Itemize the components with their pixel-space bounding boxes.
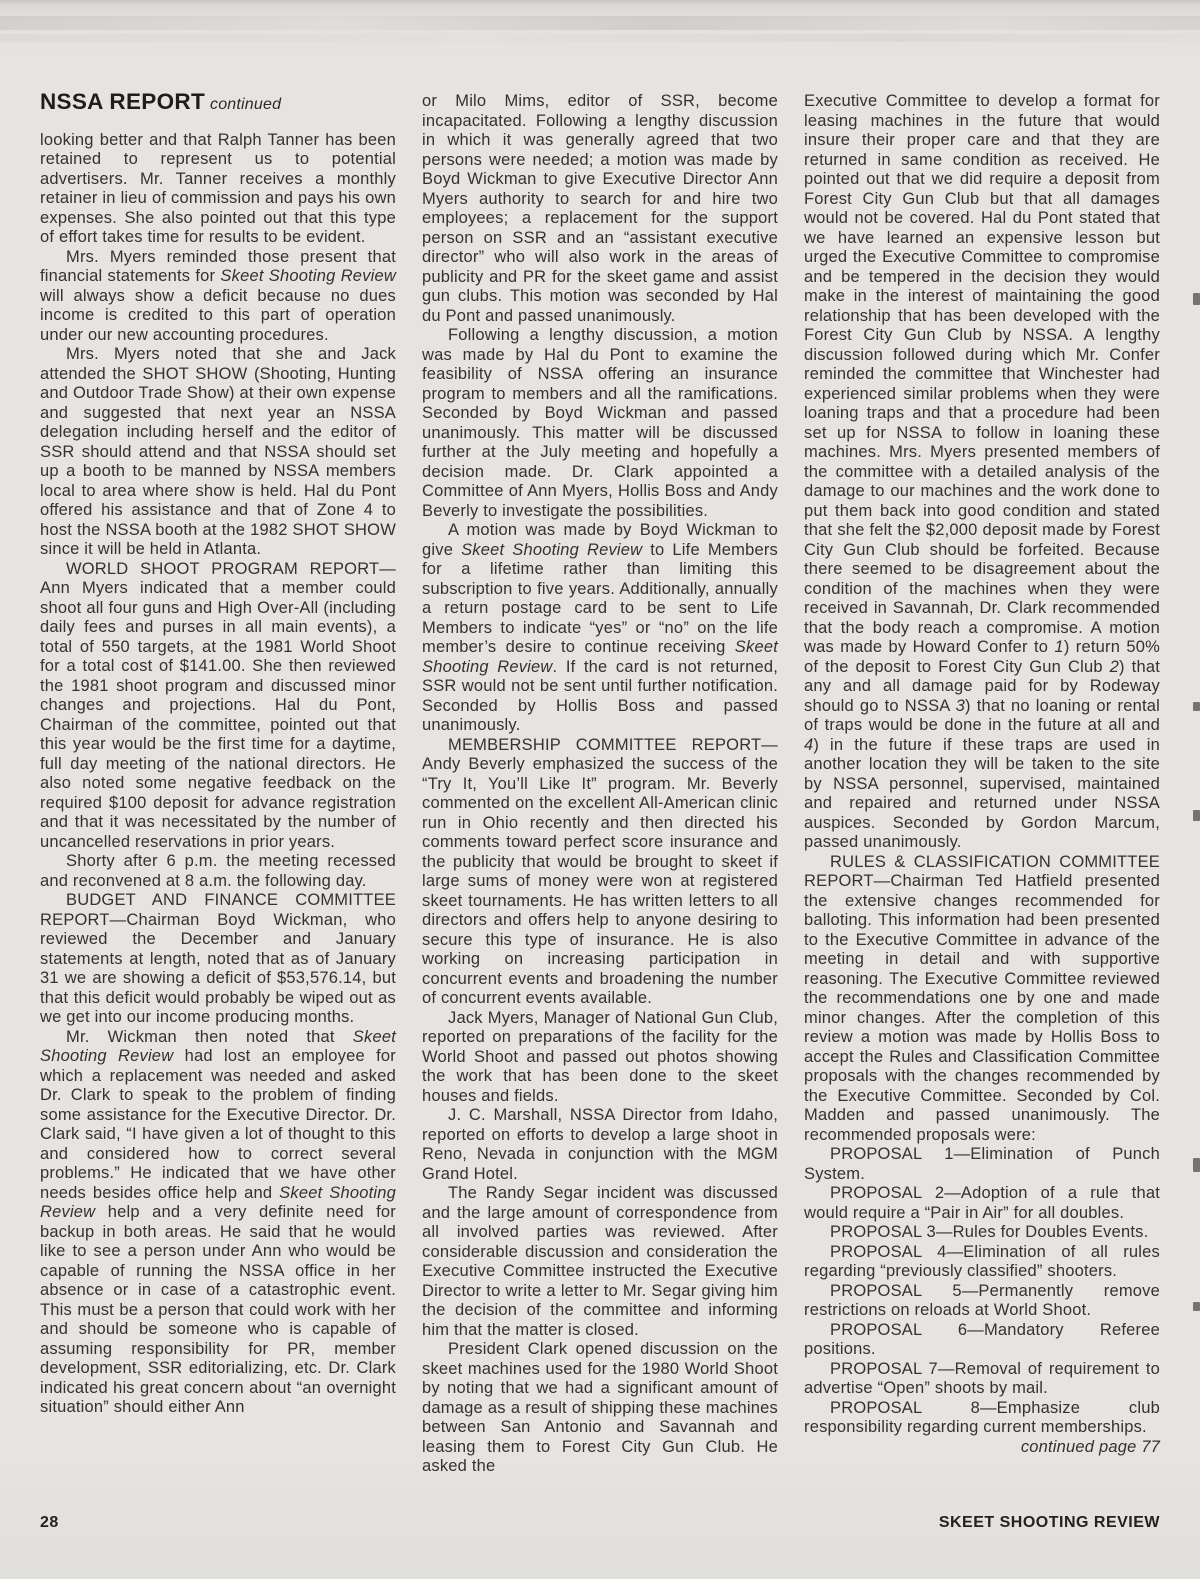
scan-mark [1193, 702, 1200, 711]
text-run: will always show a deficit because no du… [40, 287, 396, 344]
paragraph: A motion was made by Boyd Wickman to giv… [422, 521, 778, 736]
text-run: ) in the future if these traps are used … [804, 736, 1160, 852]
article-title-continued: continued [210, 96, 281, 113]
text-run: or Milo Mims, editor of SSR, become inca… [422, 92, 778, 325]
paragraph: Mrs. Myers noted that she and Jack atten… [40, 345, 396, 560]
italic-text-run: 3 [956, 697, 965, 715]
scan-mark [1193, 810, 1200, 821]
article-body: NSSA REPORTcontinued looking better and … [40, 92, 1160, 1477]
text-run: PROPOSAL 8—Emphasize club responsibility… [804, 1399, 1160, 1437]
column-3: Executive Committee to develop a format … [804, 92, 1160, 1477]
text-run: The Randy Segar incident was discussed a… [422, 1184, 778, 1339]
continued-note: continued page 77 [804, 1438, 1160, 1458]
text-run: Jack Myers, Manager of National Gun Club… [422, 1009, 778, 1105]
paragraph: PROPOSAL 2—Adoption of a rule that would… [804, 1184, 1160, 1223]
paragraph: WORLD SHOOT PROGRAM REPORT—Ann Myers ind… [40, 560, 396, 853]
scan-mark [1193, 1158, 1200, 1172]
italic-text-run: Skeet Shooting Review [461, 541, 642, 559]
text-run: PROPOSAL 1—Elimination of Punch System. [804, 1145, 1160, 1183]
paragraph: PROPOSAL 4—Elimination of all rules rega… [804, 1243, 1160, 1282]
text-run: had lost an employee for which a replace… [40, 1047, 396, 1202]
text-run: PROPOSAL 6—Mandatory Referee positions. [804, 1321, 1160, 1359]
paragraph: Shorty after 6 p.m. the meeting recessed… [40, 852, 396, 891]
paragraph: PROPOSAL 3—Rules for Doubles Events. [804, 1223, 1160, 1243]
text-run: RULES & CLASSIFICATION COMMITTEE REPORT—… [804, 853, 1160, 1144]
paragraph: RULES & CLASSIFICATION COMMITTEE REPORT—… [804, 853, 1160, 1146]
page-footer: 28 SKEET SHOOTING REVIEW [40, 1514, 1160, 1532]
page-number: 28 [40, 1514, 59, 1532]
paragraph: Jack Myers, Manager of National Gun Club… [422, 1009, 778, 1107]
paragraph: PROPOSAL 8—Emphasize club responsibility… [804, 1399, 1160, 1438]
paragraph: Mrs. Myers reminded those present that f… [40, 248, 396, 346]
paragraph: BUDGET AND FINANCE COMMITTEE REPORT—Chai… [40, 891, 396, 1028]
text-run: Mrs. Myers noted that she and Jack atten… [40, 345, 396, 558]
paragraph: Following a lengthy discussion, a motion… [422, 326, 778, 521]
text-run: WORLD SHOOT PROGRAM REPORT—Ann Myers ind… [40, 560, 396, 851]
text-run: Shorty after 6 p.m. the meeting recessed… [40, 852, 396, 890]
paragraph: looking better and that Ralph Tanner has… [40, 131, 396, 248]
scan-edge-shadow [0, 16, 1200, 30]
text-run: J. C. Marshall, NSSA Director from Idaho… [422, 1106, 778, 1183]
paragraph: MEMBERSHIP COMMITTEE REPORT—Andy Beverly… [422, 736, 778, 1009]
column-1: NSSA REPORTcontinued looking better and … [40, 92, 396, 1477]
scan-mark [1193, 293, 1200, 305]
page: NSSA REPORTcontinued looking better and … [0, 0, 1200, 1579]
text-run: President Clark opened discussion on the… [422, 1340, 778, 1475]
text-run: Executive Committee to develop a format … [804, 92, 1160, 656]
paragraph: PROPOSAL 6—Mandatory Referee positions. [804, 1321, 1160, 1360]
italic-text-run: 2 [1110, 658, 1119, 676]
magazine-page: { "colors": { "paper": "#e5e3e0", "ink":… [0, 0, 1200, 1579]
paragraph: President Clark opened discussion on the… [422, 1340, 778, 1477]
text-run: MEMBERSHIP COMMITTEE REPORT—Andy Beverly… [422, 736, 778, 1008]
paragraph: The Randy Segar incident was discussed a… [422, 1184, 778, 1340]
text-run: PROPOSAL 7—Removal of requirement to adv… [804, 1360, 1160, 1398]
magazine-title: SKEET SHOOTING REVIEW [939, 1514, 1160, 1532]
column-2: or Milo Mims, editor of SSR, become inca… [422, 92, 778, 1477]
text-run: Mr. Wickman then noted that [66, 1028, 353, 1046]
paragraph: Mr. Wickman then noted that Skeet Shooti… [40, 1028, 396, 1418]
text-run: BUDGET AND FINANCE COMMITTEE REPORT—Chai… [40, 891, 396, 1026]
scan-edge-shadow-2 [0, 34, 1200, 42]
italic-text-run: 4 [804, 736, 813, 754]
scan-mark [1193, 1302, 1200, 1311]
article-title-text: NSSA REPORT [40, 89, 205, 114]
text-run: PROPOSAL 3—Rules for Doubles Events. [830, 1223, 1148, 1241]
text-run: PROPOSAL 4—Elimination of all rules rega… [804, 1243, 1160, 1281]
paragraph: or Milo Mims, editor of SSR, become inca… [422, 92, 778, 326]
text-run: PROPOSAL 2—Adoption of a rule that would… [804, 1184, 1160, 1222]
text-run: Following a lengthy discussion, a motion… [422, 326, 778, 520]
paragraph: PROPOSAL 5—Permanently remove restrictio… [804, 1282, 1160, 1321]
paragraph: J. C. Marshall, NSSA Director from Idaho… [422, 1106, 778, 1184]
text-run: PROPOSAL 5—Permanently remove restrictio… [804, 1282, 1160, 1320]
italic-text-run: 1 [1054, 638, 1063, 656]
paragraph: PROPOSAL 7—Removal of requirement to adv… [804, 1360, 1160, 1399]
paragraph: PROPOSAL 1—Elimination of Punch System. [804, 1145, 1160, 1184]
text-run: looking better and that Ralph Tanner has… [40, 131, 396, 247]
text-run: help and a very definite need for backup… [40, 1203, 396, 1416]
text-run: continued page 77 [1021, 1438, 1160, 1456]
paragraph: Executive Committee to develop a format … [804, 92, 1160, 853]
article-title: NSSA REPORTcontinued [40, 92, 396, 115]
italic-text-run: Skeet Shooting Review [220, 267, 396, 285]
